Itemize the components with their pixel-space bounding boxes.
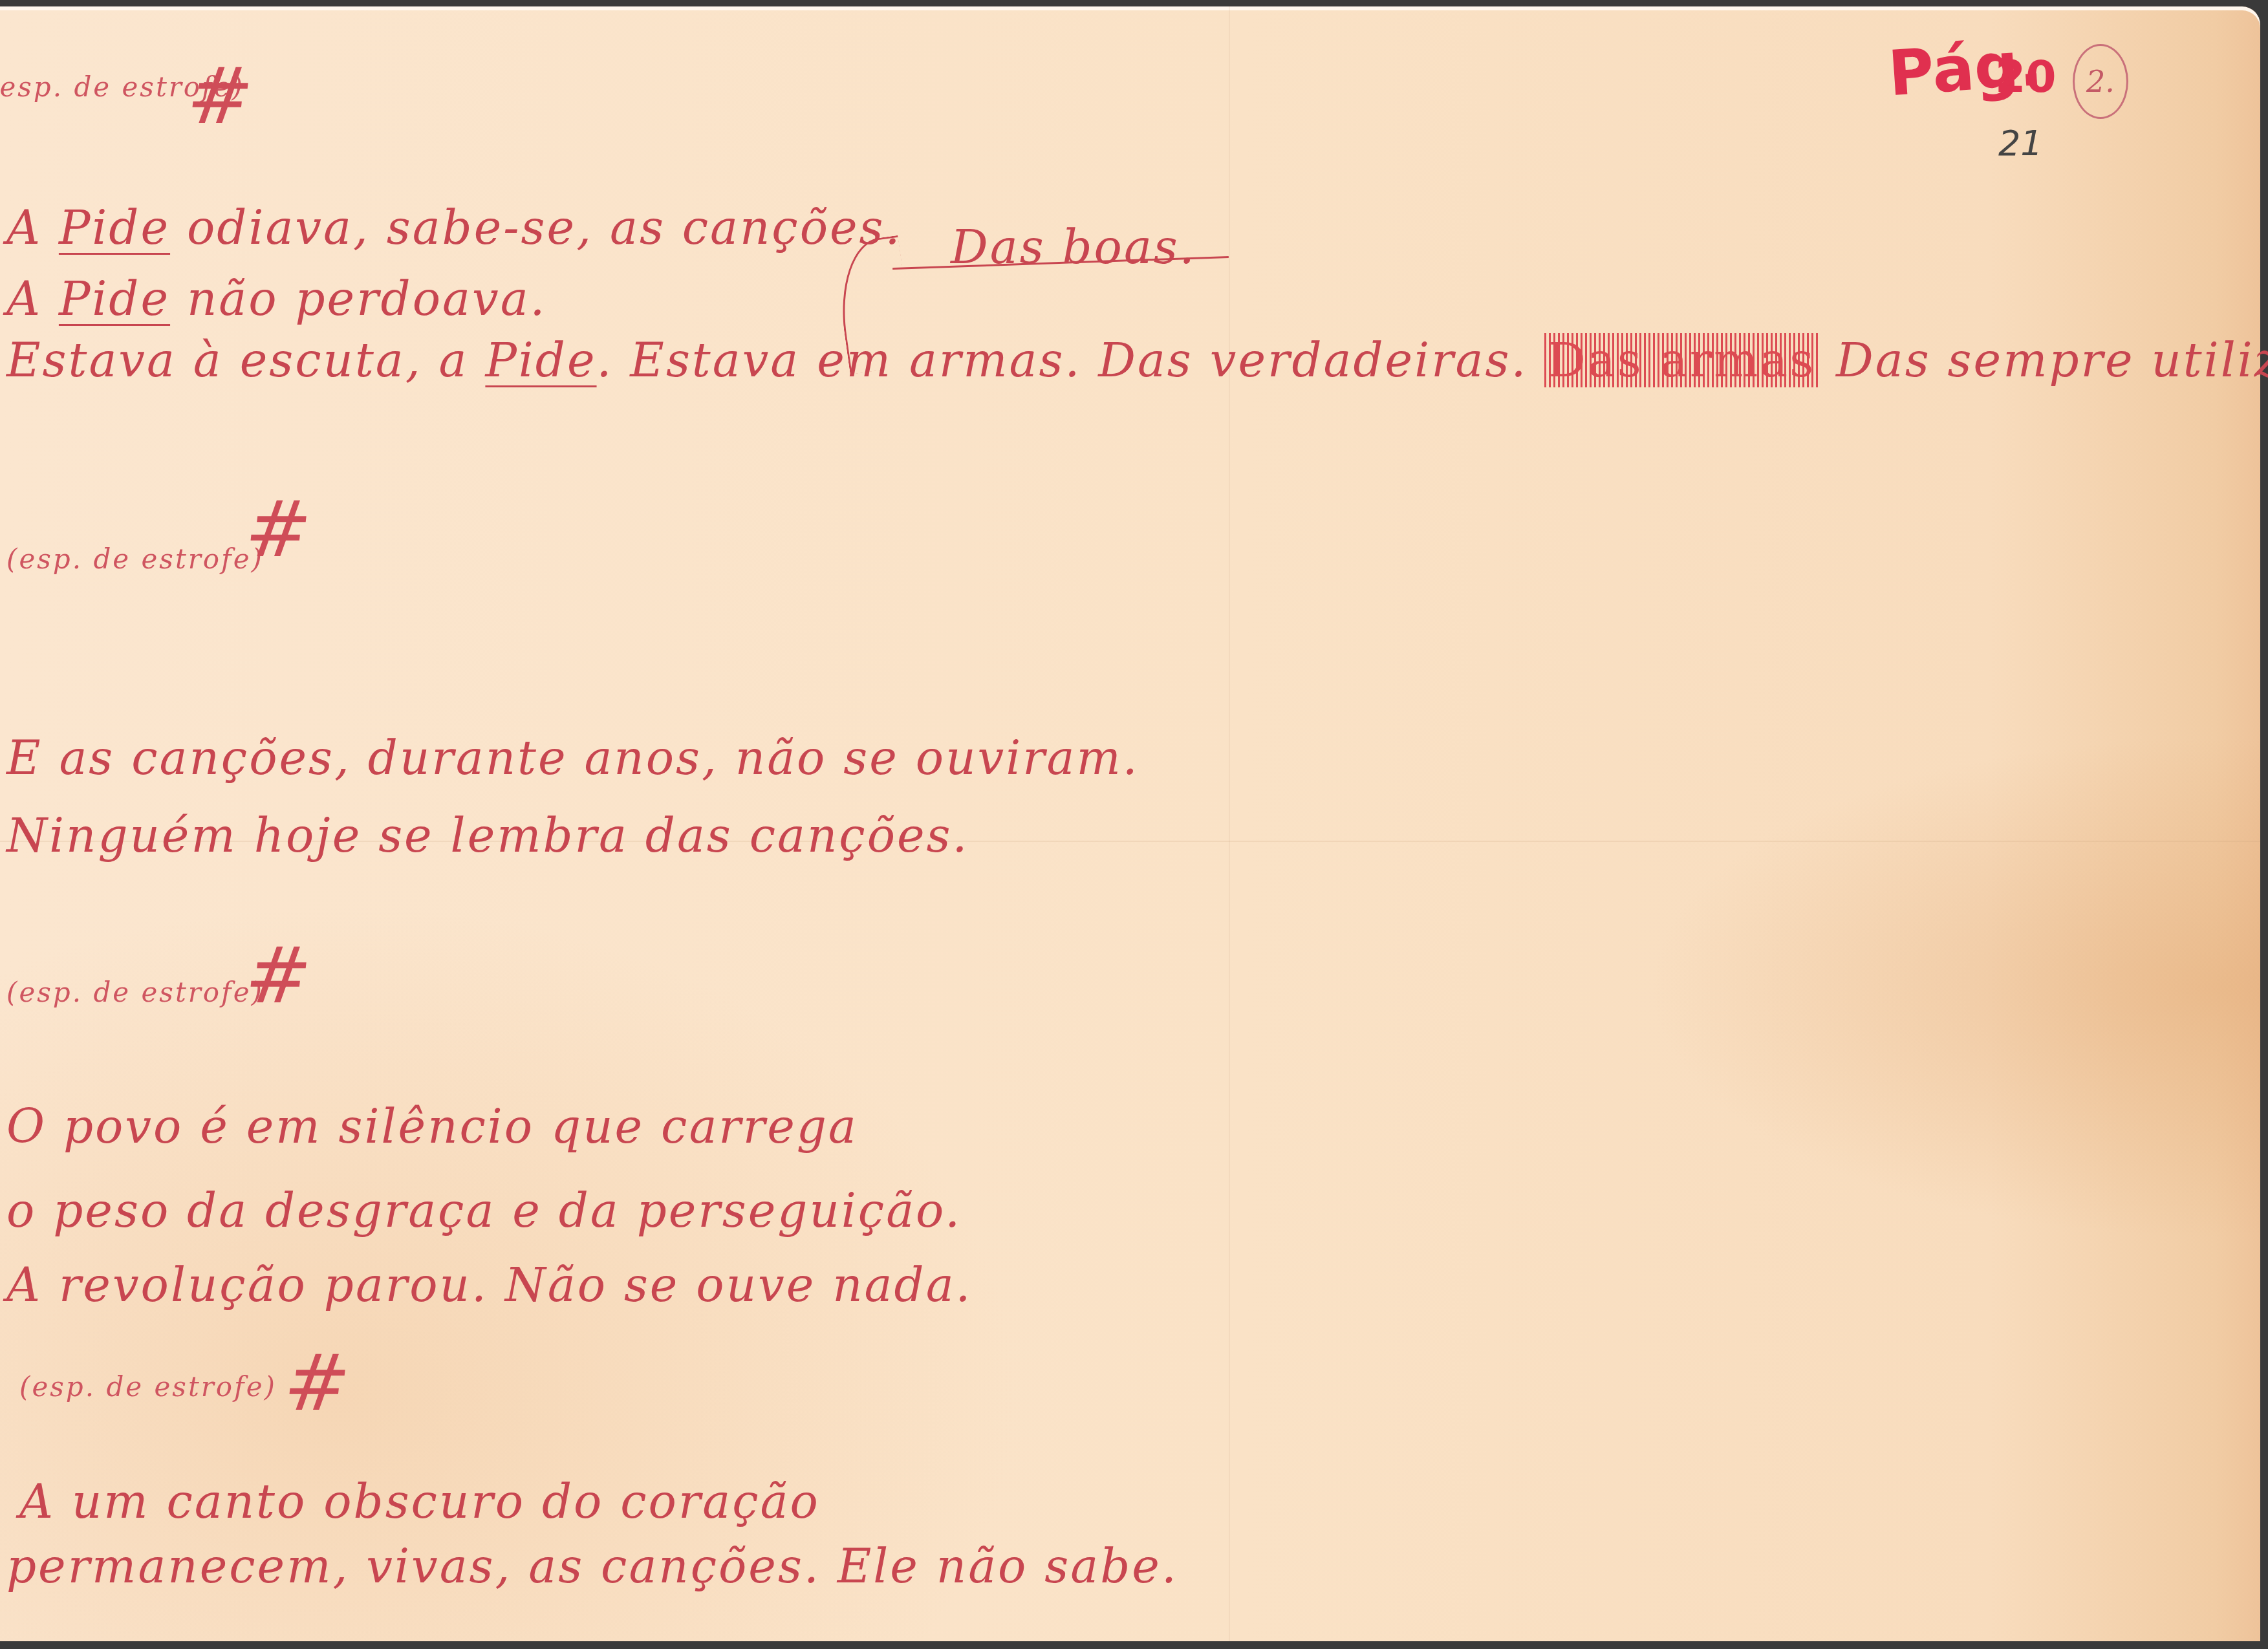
- page-number-pencil: 21: [1998, 123, 2043, 164]
- verse-line: A Pide odiava, sabe-se, as canções.: [6, 200, 902, 255]
- paper-fold-vertical: [1229, 6, 1230, 1641]
- struck-out-text: Das armas: [1544, 333, 1819, 387]
- verse-line: o peso da desgraça e da perseguição.: [6, 1183, 962, 1238]
- stanza-break-note: (esp. de estrofe): [19, 1371, 277, 1403]
- underlined-word: Pide: [59, 200, 170, 255]
- circled-sheet-number: 2.: [2073, 44, 2128, 119]
- page-number-red: 20: [1995, 52, 2057, 103]
- underlined-word: Pide: [485, 333, 596, 387]
- stanza-break-symbol: #: [241, 485, 316, 575]
- verse-line: permanecem, vivas, as canções. Ele não s…: [6, 1539, 1178, 1593]
- manuscript-page: Pág. 20 21 2. (esp. de estrofe) # A Pide…: [0, 6, 2260, 1641]
- stanza-break-note: (esp. de estrofe): [6, 976, 264, 1008]
- stanza-break-note: (esp. de estrofe): [6, 543, 264, 575]
- verse-line: A um canto obscuro do coração: [19, 1474, 820, 1529]
- stanza-break-symbol: #: [183, 52, 257, 142]
- circled-number-text: 2.: [2086, 64, 2115, 99]
- verse-line: A Pide não perdoava.: [6, 272, 546, 326]
- stanza-break-symbol: #: [280, 1339, 354, 1428]
- verse-line: Ninguém hoje se lembra das canções.: [6, 808, 969, 863]
- verse-line: Estava à escuta, a Pide. Estava em armas…: [6, 333, 2268, 387]
- stanza-break-symbol: #: [241, 931, 316, 1021]
- verse-line: O povo é em silêncio que carrega: [6, 1099, 858, 1154]
- verse-line: E as canções, durante anos, não se ouvir…: [6, 731, 1139, 785]
- underlined-word: Pide: [59, 272, 170, 326]
- verse-line: A revolução parou. Não se ouve nada.: [6, 1258, 972, 1312]
